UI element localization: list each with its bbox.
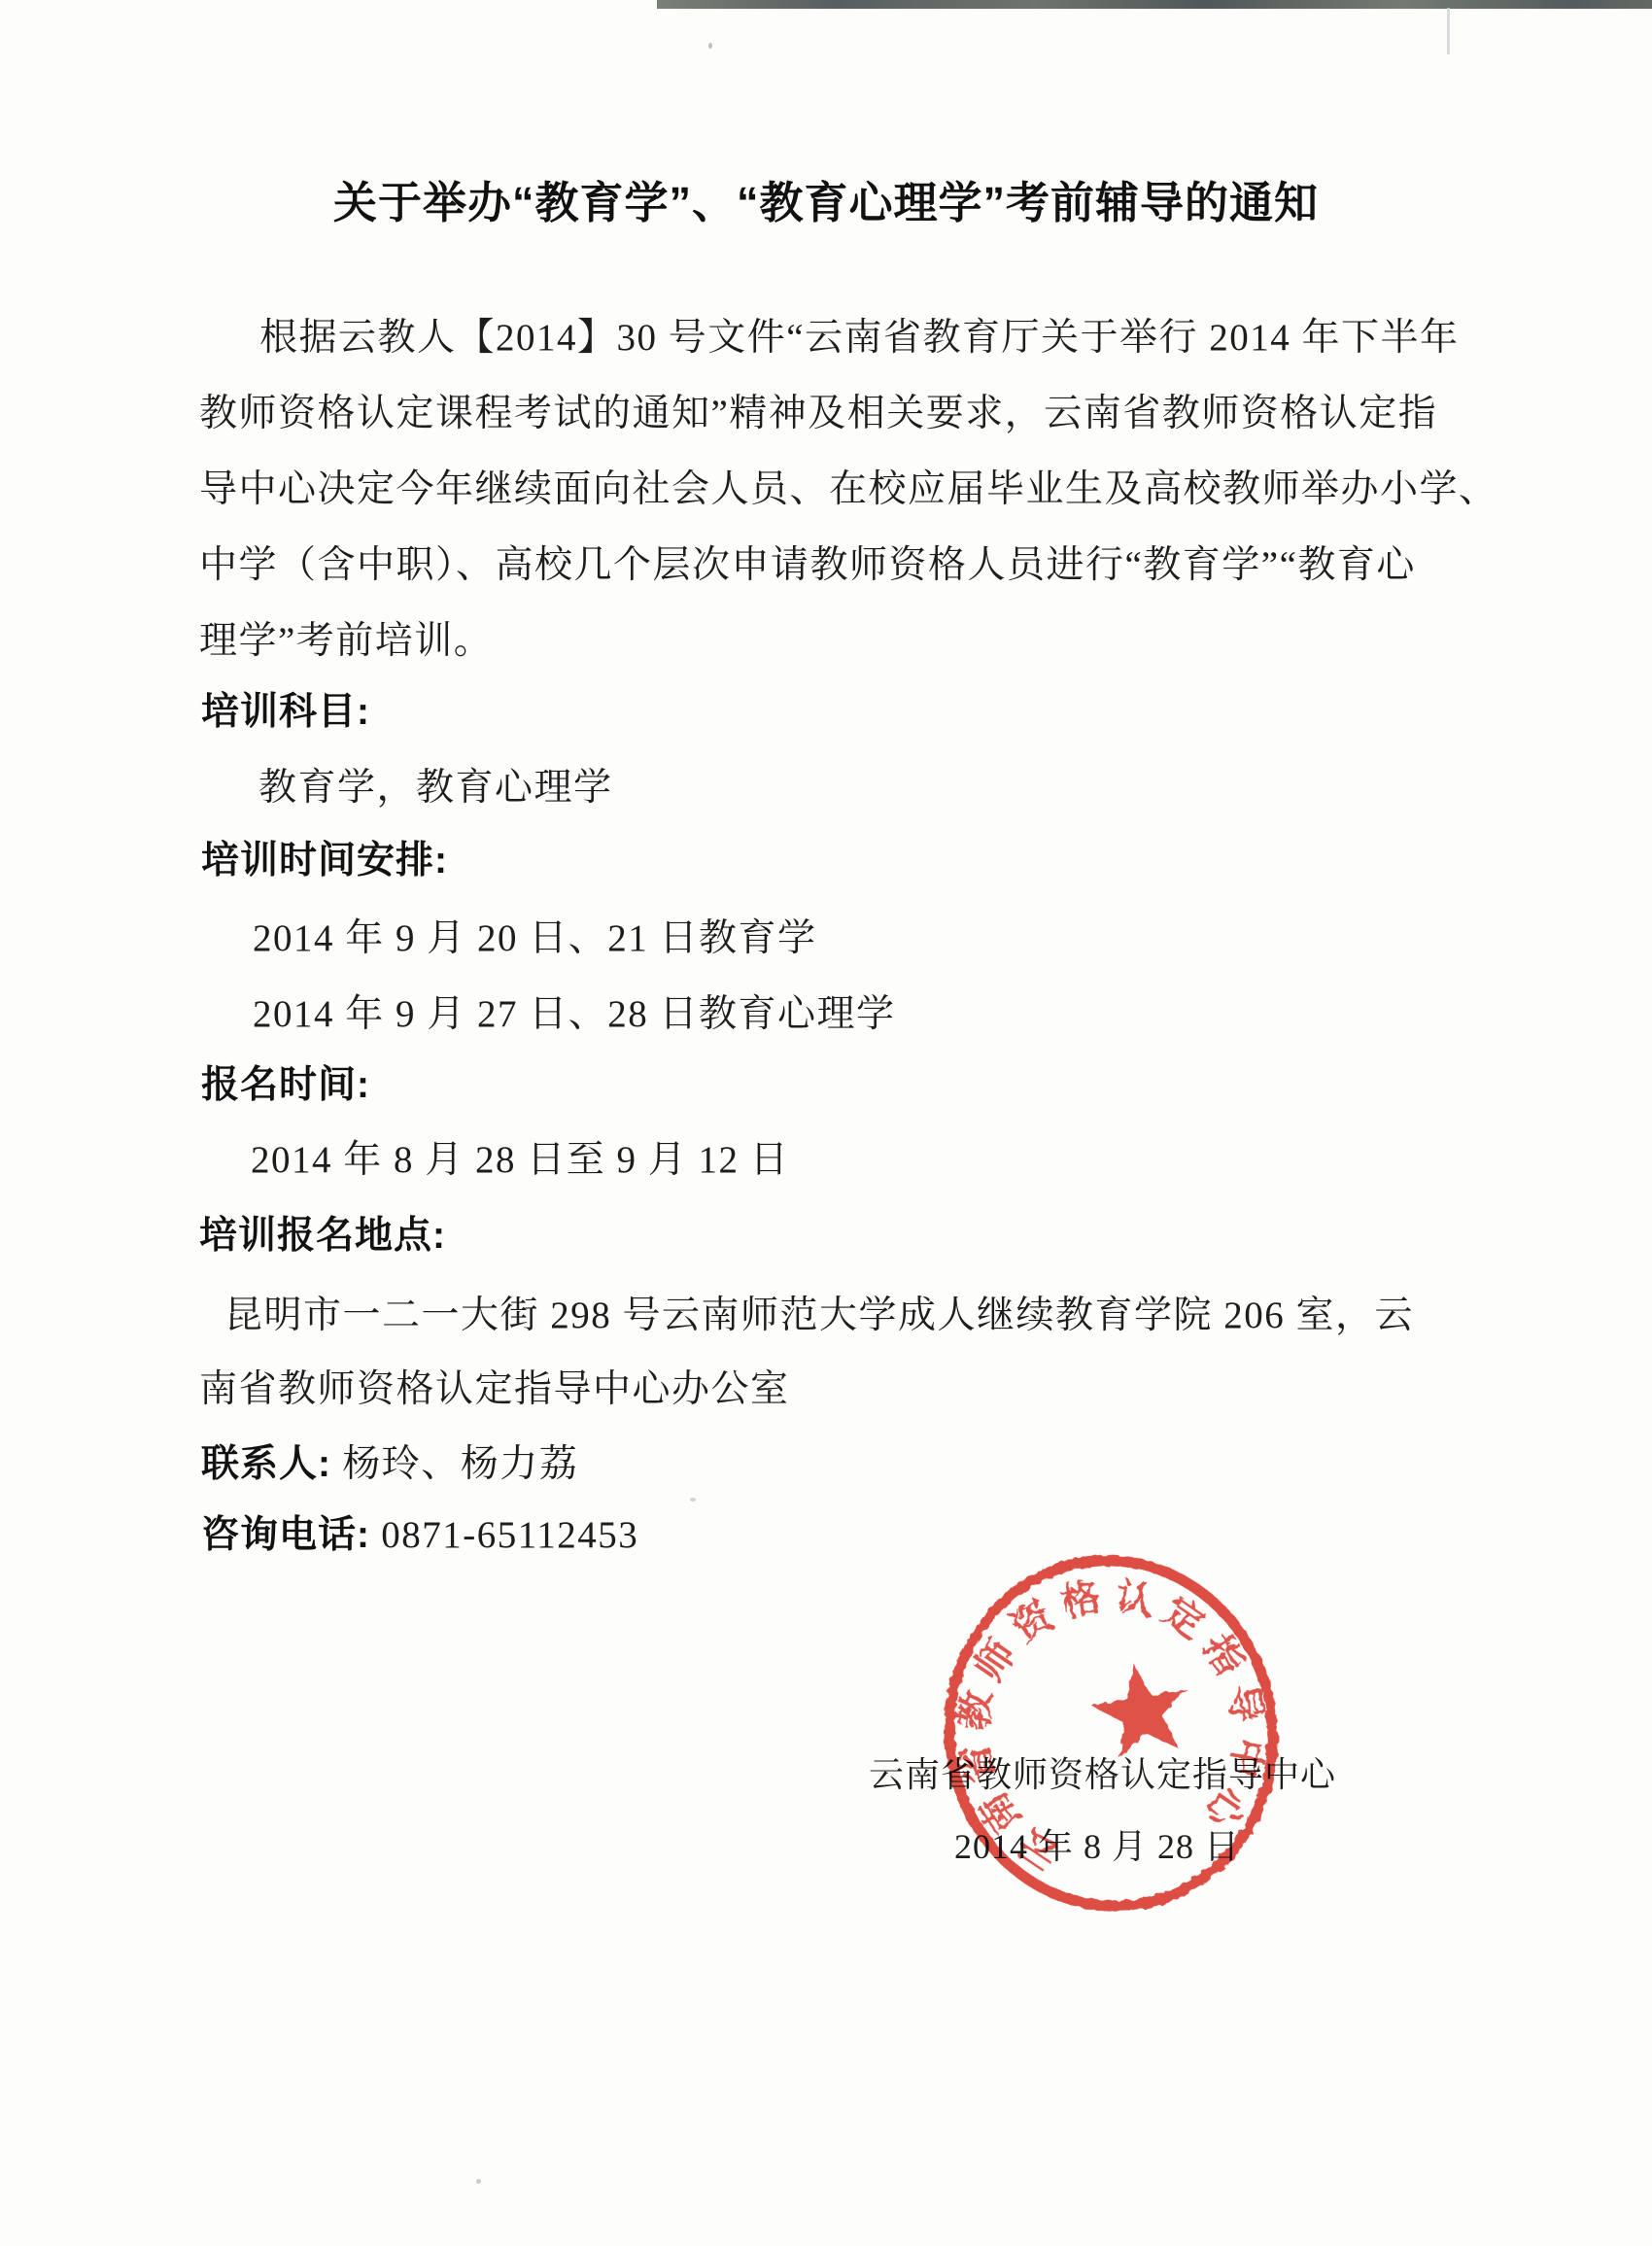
scan-speck (476, 2179, 481, 2184)
location-line-2: 南省教师资格认定指导中心办公室 (199, 1370, 790, 1408)
intro-line-1: 根据云教人【2014】30 号文件“云南省教育厅关于举行 2014 年下半年 (259, 319, 1460, 357)
schedule-line-2: 2014 年 9 月 27 日、28 日教育心理学 (253, 995, 896, 1033)
official-stamp: 云南省教师资格认定指导中心 (923, 1536, 1304, 1926)
stamp-seal-graphic: 云南省教师资格认定指导中心 (923, 1536, 1304, 1926)
registration-time-content: 2014 年 8 月 28 日至 9 月 12 日 (251, 1141, 789, 1179)
contact-label: 联系人: (201, 1443, 331, 1485)
location-line-1: 昆明市一二一大街 298 号云南师范大学成人继续教育学院 206 室，云 (224, 1296, 1414, 1334)
section-heading-schedule: 培训时间安排: (201, 842, 448, 880)
section-heading-registration: 报名时间: (201, 1066, 370, 1104)
intro-line-2: 教师资格认定课程考试的通知”精神及相关要求，云南省教师资格认定指 (199, 395, 1437, 432)
schedule-line-1: 2014 年 9 月 20 日、21 日教育学 (253, 919, 817, 957)
scan-speck (708, 43, 712, 49)
section-heading-location: 培训报名地点: (199, 1217, 446, 1255)
scan-edge-artifact (657, 0, 1652, 9)
contact-line: 联系人: 杨玲、杨力荔 (201, 1445, 578, 1483)
scan-speck (690, 1498, 696, 1502)
intro-line-4: 中学（含中职）、高校几个层次申请教师资格人员进行“教育学”“教育心 (199, 546, 1416, 584)
notice-title: 关于举办“教育学”、“教育心理学”考前辅导的通知 (136, 167, 1516, 230)
phone-label: 咨询电话: (201, 1514, 370, 1556)
subjects-content: 教育学，教育心理学 (258, 769, 613, 807)
contact-value: 杨玲、杨力荔 (342, 1443, 578, 1485)
intro-line-3: 导中心决定今年继续面向社会人员、在校应届毕业生及高校教师举办小学、 (199, 470, 1498, 508)
intro-line-5: 理学”考前培训。 (199, 622, 493, 660)
scanned-notice-page: { "document": { "title": "关于举办“教育学”、“教育心… (0, 0, 1652, 2246)
phone-line: 咨询电话: 0871-65112453 (201, 1516, 638, 1554)
phone-value: 0871-65112453 (381, 1514, 638, 1556)
stamp-star-icon (1085, 1655, 1196, 1762)
scan-line-artifact (1447, 8, 1450, 54)
section-heading-subjects: 培训科目: (201, 693, 370, 731)
